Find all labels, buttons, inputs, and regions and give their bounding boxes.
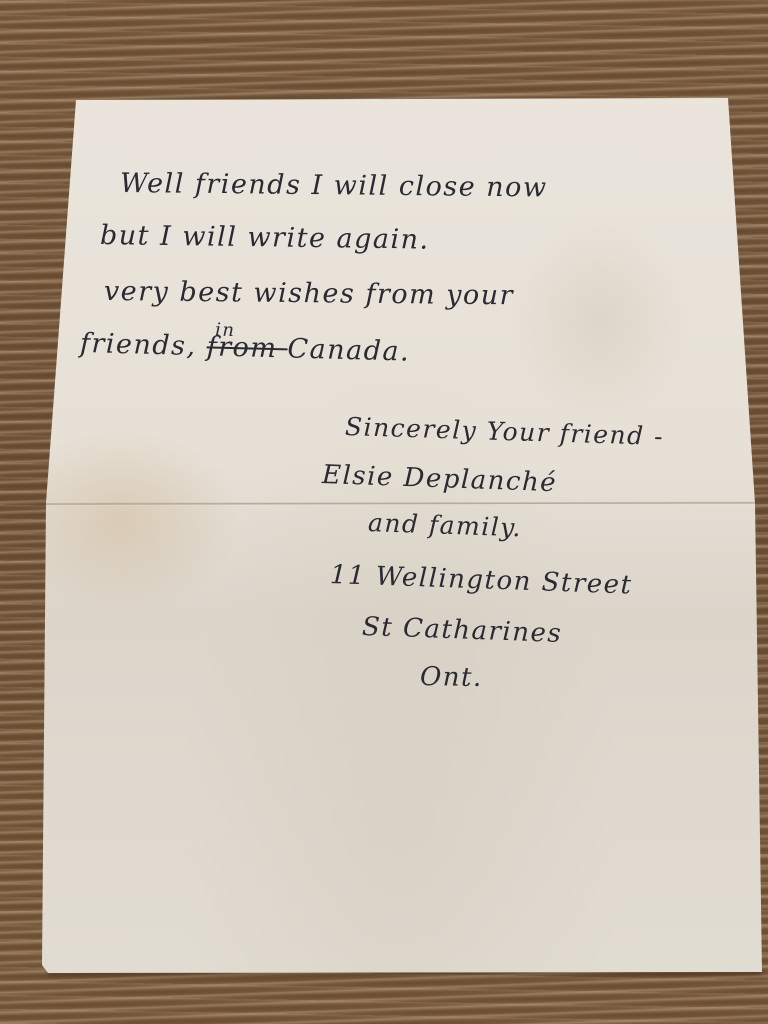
letter-line-2: but I will write again. [100, 220, 430, 256]
address-street: 11 Wellington Street [329, 560, 633, 601]
address-city: St Catharines [361, 612, 562, 649]
signature-name: Elsie Deplanché [321, 460, 557, 498]
letter-line-4-canada: Canada. [287, 333, 410, 367]
letter-line-1: Well friends I will close now [120, 168, 548, 203]
struck-out-word: from in [206, 331, 288, 364]
address-province: Ont. [420, 662, 483, 693]
closing-salutation: Sincerely Your friend - [345, 412, 665, 451]
letter-line-3: very best wishes from your [104, 276, 514, 311]
paper-fold-crease [46, 501, 756, 505]
letter-line-4-friends: friends, [80, 328, 197, 362]
letter-paper: Well friends I will close now but I will… [0, 0, 768, 1024]
letter-line-4: friends, from in Canada. [80, 328, 411, 368]
overwritten-word: in [215, 320, 236, 342]
signature-and-family: and family. [367, 508, 522, 542]
